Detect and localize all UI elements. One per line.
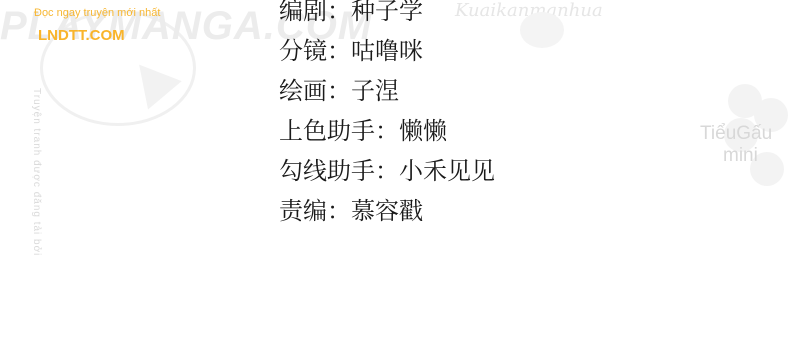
credit-coloring-assistant: 上色助手：懒懒: [279, 111, 495, 151]
flower-watermark-icon: [520, 12, 564, 48]
globe-watermark-icon: [40, 10, 196, 126]
site-logo-watermark: PLAYMANGA.COM: [0, 4, 260, 54]
credit-editor: 责编：慕容戳: [279, 191, 495, 231]
credits-list: 编剧：种子学 分镜：咕噜咪 绘画：子涅 上色助手：懒懒 勾线助手：小禾见见 责编…: [279, 0, 495, 231]
credit-name: 咕噜咪: [351, 37, 423, 65]
credit-writer: 编剧：种子学: [279, 0, 495, 31]
promo-url-watermark: LNDTT.COM: [38, 27, 125, 44]
credit-role: 编剧：: [279, 0, 351, 25]
credit-name: 小禾见见: [399, 157, 495, 185]
credit-name: 慕容戳: [351, 197, 423, 225]
credit-role: 分镜：: [279, 37, 351, 65]
credit-role: 绘画：: [279, 77, 351, 105]
vertical-credit-watermark: Truyện tranh được đăng tải bởi: [22, 88, 42, 278]
credit-role: 勾线助手：: [279, 157, 399, 185]
credit-name: 子涅: [351, 77, 399, 105]
credit-role: 责编：: [279, 197, 351, 225]
cursor-arrow-watermark-icon: [122, 51, 181, 110]
credit-name: 种子学: [351, 0, 423, 25]
credit-name: 懒懒: [399, 117, 447, 145]
credit-storyboard: 分镜：咕噜咪: [279, 31, 495, 71]
credit-lineart-assistant: 勾线助手：小禾见见: [279, 151, 495, 191]
credit-artist: 绘画：子涅: [279, 71, 495, 111]
promo-text-watermark: Đọc ngay truyện mới nhất: [34, 7, 160, 19]
credit-role: 上色助手：: [279, 117, 399, 145]
corner-brand-line1: TiểuGấu: [700, 123, 772, 145]
corner-brand-line2: mini: [723, 145, 758, 167]
